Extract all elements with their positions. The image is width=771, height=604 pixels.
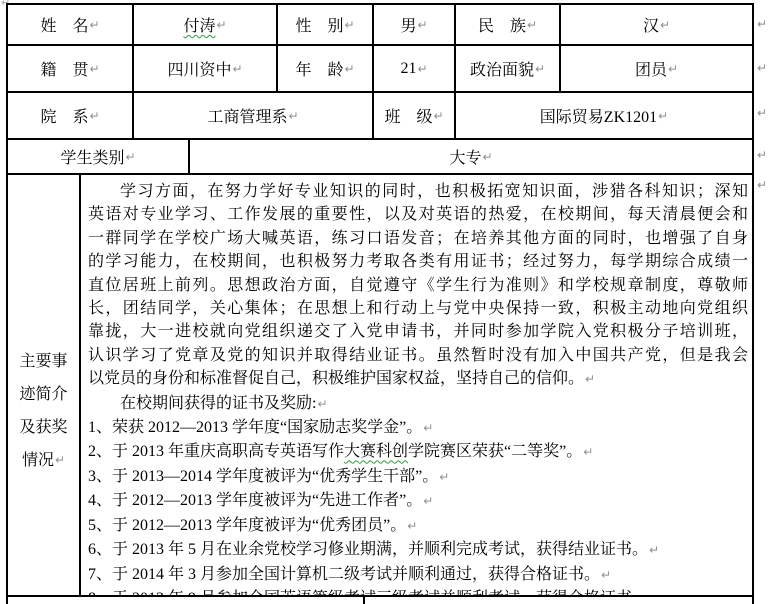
- paragraph-mark-icon: ↵: [583, 445, 593, 459]
- end-of-row-mark-icon: ↵: [757, 106, 767, 120]
- paragraph-mark-icon: ↵: [55, 444, 65, 477]
- achievements-label-line: 及获奖: [19, 411, 67, 444]
- bio-line[interactable]: 靠拢，大一进校就向党组织递交了入党申请书，并同时参加学院入党积极分子培训班，: [88, 320, 748, 343]
- end-of-row-mark-icon: ↵: [757, 17, 767, 31]
- paragraph-mark-icon: ↵: [417, 18, 427, 32]
- category-label: 学生类别: [60, 145, 124, 168]
- paragraph-mark-icon: ↵: [439, 470, 449, 484]
- origin-value-cell[interactable]: 四川资中↵: [134, 46, 278, 91]
- bio-line[interactable]: 长，团结同学，关心集体；在思想上和行动上与党中央保持一致，积极主动地向党组织: [88, 297, 748, 320]
- achievements-label-line: 主要事: [19, 345, 67, 378]
- paragraph-mark-icon: ↵: [407, 519, 417, 533]
- name-value-cell[interactable]: 付涛↵: [134, 5, 278, 44]
- name-label: 姓 名: [40, 13, 88, 36]
- political-label-cell: 政治面貌↵: [456, 46, 561, 91]
- ethnic-value-cell[interactable]: 汉↵: [561, 5, 752, 44]
- student-info-table: 姓 名↵ 付涛↵ 性 别↵ 男↵ 民 族↵ 汉↵ 籍 贯↵: [6, 3, 754, 604]
- age-value-cell[interactable]: 21↵: [374, 46, 456, 91]
- gender-label-cell: 性 别↵: [278, 5, 374, 44]
- paragraph-mark-icon: ↵: [660, 18, 670, 32]
- class-label-cell: 班 级↵: [374, 93, 456, 138]
- paragraph-mark-icon: ↵: [423, 421, 433, 435]
- award-line-8[interactable]: 8、于 2013 年 9 月参加全国英语等级考试三级考试并顺利考试，获得合格证书…: [88, 587, 748, 595]
- paragraph-mark-icon: ↵: [585, 372, 595, 386]
- bio-line[interactable]: 英语对专业学习、工作发展的重要性，以及对英语的热爱，在校期间，每天清晨便会和: [88, 203, 748, 226]
- end-of-row-mark-icon: ↵: [757, 61, 767, 75]
- dept-value[interactable]: 工商管理系: [207, 104, 287, 127]
- gender-label: 性 别: [295, 13, 343, 36]
- political-value[interactable]: 团员: [635, 57, 667, 80]
- gender-value-cell[interactable]: 男↵: [374, 5, 456, 44]
- category-value-cell[interactable]: 大专↵: [190, 140, 752, 173]
- award-line-3[interactable]: 3、于 2013—2014 学年度被评为“优秀学生干部”。↵: [88, 465, 748, 489]
- paragraph-mark-icon: ↵: [658, 109, 668, 123]
- paragraph-mark-icon: ↵: [89, 18, 99, 32]
- partial-cell-left: [8, 597, 365, 604]
- paragraph-mark-icon: ↵: [216, 18, 226, 32]
- name-value[interactable]: 付涛: [183, 13, 215, 36]
- award-line-4[interactable]: 4、于 2012—2013 学年度被评为“先进工作者”。↵: [88, 489, 748, 513]
- class-value[interactable]: 国际贸易ZK1201: [540, 104, 657, 127]
- bio-line[interactable]: 学习方面，在努力学好专业知识的同时，也积极拓宽知识面，涉猎各科知识；深知: [88, 180, 748, 203]
- bio-line[interactable]: 直位居班上前列。思想政治方面，自觉遵守《学生行为准则》和学校规章制度，尊敬师: [88, 274, 748, 297]
- partial-cell-right: [365, 597, 752, 604]
- paragraph-mark-icon: ↵: [668, 62, 678, 76]
- class-label: 班 级: [384, 104, 432, 127]
- end-of-row-mark-icon: ↵: [757, 178, 767, 192]
- paragraph-mark-icon: ↵: [649, 592, 659, 595]
- origin-label: 籍 贯: [40, 57, 88, 80]
- award-line-7[interactable]: 7、于 2014 年 3 月参加全国计算机二级考试并顺利通过，获得合格证书。↵: [88, 563, 748, 587]
- dept-label: 院 系: [40, 104, 88, 127]
- table-row-department: 院 系↵ 工商管理系↵ 班 级↵ 国际贸易ZK1201↵: [8, 93, 752, 140]
- paragraph-mark-icon: ↵: [344, 18, 354, 32]
- award-line-6[interactable]: 6、于 2013 年 5 月在业余党校学习修业期满，并顺利完成考试，获得结业证书…: [88, 538, 748, 562]
- bio-line[interactable]: 一群同学在学校广场大喊英语，练习口语发音；在培养其他方面的同时，也增强了自身: [88, 227, 748, 250]
- paragraph-mark-icon: ↵: [89, 109, 99, 123]
- table-row-name: 姓 名↵ 付涛↵ 性 别↵ 男↵ 民 族↵ 汉↵: [8, 5, 752, 46]
- dept-value-cell[interactable]: 工商管理系↵: [134, 93, 374, 138]
- table-row-achievements: 主要事 迹简介 及获奖 情况↵ 学习方面，在努力学好专业知识的同时，也积极拓宽知…: [8, 175, 752, 597]
- category-label-cell: 学生类别↵: [8, 140, 190, 173]
- paragraph-mark-icon: ↵: [417, 62, 427, 76]
- table-row-category: 学生类别↵ 大专↵: [8, 140, 752, 175]
- bio-line[interactable]: 以党员的身份和标准督促自己，积极维护国家权益，坚持自己的信仰。↵: [88, 367, 748, 391]
- paragraph-mark-icon: ↵: [288, 109, 298, 123]
- ethnic-label: 民 族: [478, 13, 526, 36]
- ethnic-value[interactable]: 汉: [643, 13, 659, 36]
- table-row-origin: 籍 贯↵ 四川资中↵ 年 龄↵ 21↵ 政治面貌↵ 团员↵: [8, 46, 752, 93]
- age-label: 年 龄: [295, 57, 343, 80]
- political-label: 政治面貌: [470, 57, 534, 80]
- class-value-cell[interactable]: 国际贸易ZK1201↵: [456, 93, 752, 138]
- table-row-partial: [8, 597, 752, 604]
- category-value[interactable]: 大专: [449, 145, 481, 168]
- achievements-text-cell[interactable]: 学习方面，在努力学好专业知识的同时，也积极拓宽知识面，涉猎各科知识；深知 英语对…: [81, 175, 752, 595]
- ethnic-label-cell: 民 族↵: [456, 5, 561, 44]
- document-page: ↵ 姓 名↵ 付涛↵ 性 别↵ 男↵ 民 族↵ 汉↵: [0, 0, 771, 604]
- misspelled-text: 大赛科创: [344, 443, 408, 460]
- achievements-label-line: 迹简介: [19, 378, 67, 411]
- bio-line[interactable]: 的学习能力，在校期间，也积极努力考取各类有用证书；经过努力，每学期综合成绩一: [88, 250, 748, 273]
- paragraph-mark-icon: ↵: [482, 150, 492, 164]
- end-of-row-mark-icon: ↵: [757, 148, 767, 162]
- gender-value[interactable]: 男: [400, 13, 416, 36]
- paragraph-mark-icon: ↵: [344, 62, 354, 76]
- political-value-cell[interactable]: 团员↵: [561, 46, 752, 91]
- paragraph-mark-icon: ↵: [125, 150, 135, 164]
- award-line-2[interactable]: 2、于 2013 年重庆高职高专英语写作大赛科创学院赛区荣获“二等奖”。↵: [88, 440, 748, 464]
- paragraph-mark-icon: ↵: [535, 62, 545, 76]
- paragraph-mark-icon: ↵: [601, 568, 611, 582]
- achievements-label-cell: 主要事 迹简介 及获奖 情况↵: [8, 175, 81, 595]
- paragraph-mark-icon: ↵: [423, 494, 433, 508]
- paragraph-mark-icon: ↵: [317, 397, 327, 411]
- paragraph-mark-icon: ↵: [433, 109, 443, 123]
- paragraph-mark-icon: ↵: [232, 62, 242, 76]
- name-label-cell: 姓 名↵: [8, 5, 134, 44]
- award-line-1[interactable]: 1、荣获 2012—2013 学年度“国家励志奖学金”。↵: [88, 416, 748, 440]
- origin-value[interactable]: 四川资中: [167, 57, 231, 80]
- dept-label-cell: 院 系↵: [8, 93, 134, 138]
- paragraph-mark-icon: ↵: [527, 18, 537, 32]
- awards-heading-line[interactable]: 在校期间获得的证书及奖励:↵: [88, 392, 748, 416]
- age-label-cell: 年 龄↵: [278, 46, 374, 91]
- paragraph-mark-icon: ↵: [649, 543, 659, 557]
- age-value[interactable]: 21: [400, 60, 416, 78]
- achievements-label-line: 情况↵: [22, 444, 65, 477]
- award-line-5[interactable]: 5、于 2012—2013 学年度被评为“优秀团员”。↵: [88, 514, 748, 538]
- bio-line[interactable]: 认识学习了党章及党的知识并取得结业证书。虽然暂时没有加入中国共产党，但是我会: [88, 344, 748, 367]
- origin-label-cell: 籍 贯↵: [8, 46, 134, 91]
- paragraph-mark-icon: ↵: [89, 62, 99, 76]
